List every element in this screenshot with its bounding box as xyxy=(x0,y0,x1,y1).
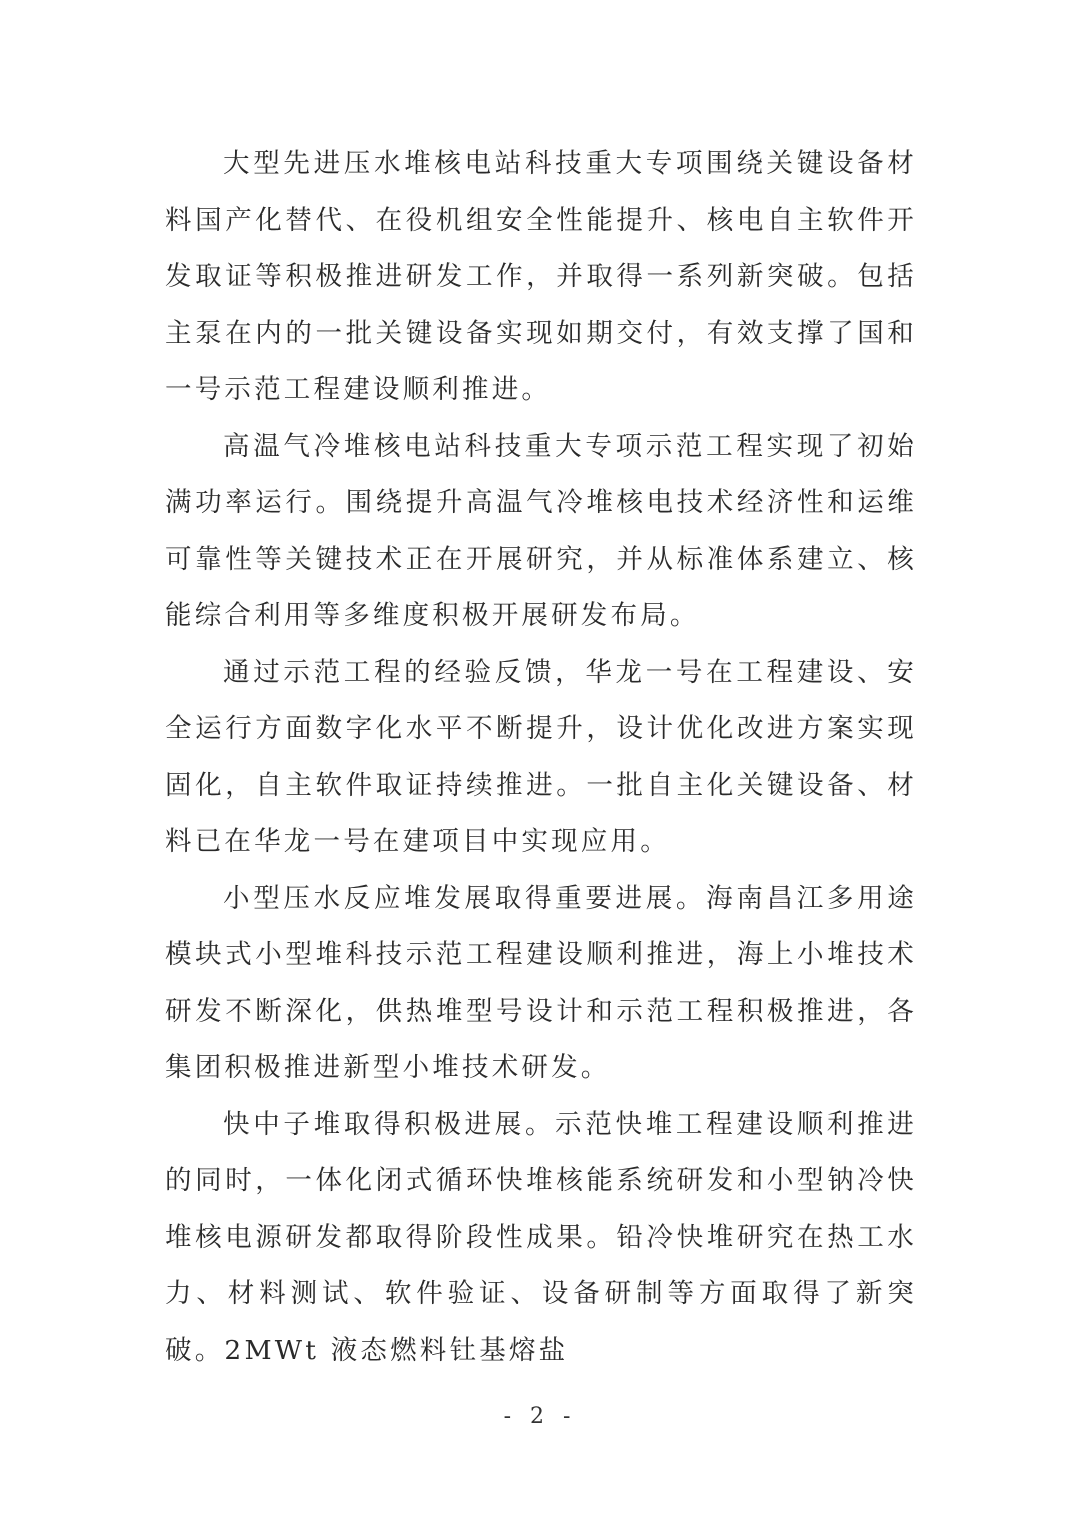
paragraph-high-temperature-gas-reactor: 高温气冷堆核电站科技重大专项示范工程实现了初始满功率运行。围绕提升高温气冷堆核电… xyxy=(165,419,917,645)
page-number: - 2 - xyxy=(0,1404,1080,1429)
paragraph-pressurized-water-reactor: 大型先进压水堆核电站科技重大专项围绕关键设备材料国产化替代、在役机组安全性能提升… xyxy=(165,136,917,419)
paragraph-small-pwr: 小型压水反应堆发展取得重要进展。海南昌江多用途模块式小型堆科技示范工程建设顺利推… xyxy=(165,871,917,1097)
paragraph-fast-neutron-reactor: 快中子堆取得积极进展。示范快堆工程建设顺利推进的同时，一体化闭式循环快堆核能系统… xyxy=(165,1097,917,1380)
paragraph-hualong-one: 通过示范工程的经验反馈，华龙一号在工程建设、安全运行方面数字化水平不断提升，设计… xyxy=(165,645,917,871)
document-page: 大型先进压水堆核电站科技重大专项围绕关键设备材料国产化替代、在役机组安全性能提升… xyxy=(165,136,917,1379)
